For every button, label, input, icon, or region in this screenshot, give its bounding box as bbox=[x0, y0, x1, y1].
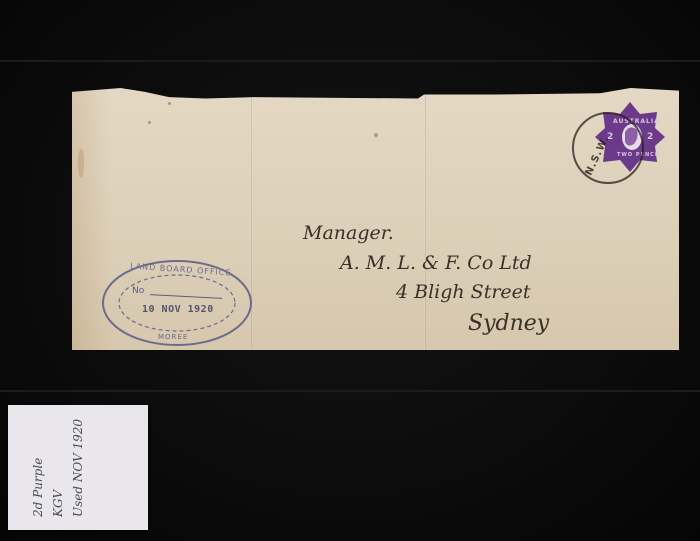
address-line-3: 4 Bligh Street bbox=[396, 281, 531, 303]
land-board-handstamp: LAND BOARD OFFICE No 10 NOV 1920 MOREE bbox=[100, 258, 254, 348]
foxing-spot bbox=[168, 102, 171, 105]
handstamp-town: MOREE bbox=[158, 333, 188, 341]
handwritten-note-card: 2d Purple KGV Used NOV 1920 bbox=[8, 405, 148, 530]
stamp-value-right: 2 bbox=[647, 132, 653, 142]
note-text: 2d Purple KGV Used NOV 1920 bbox=[28, 419, 88, 517]
mount-strip-top bbox=[0, 60, 700, 62]
note-line-1: 2d Purple bbox=[28, 419, 48, 517]
foxing-spot bbox=[374, 133, 378, 137]
mount-strip-bottom bbox=[0, 390, 700, 392]
handstamp-number-label: No bbox=[132, 286, 144, 296]
album-page: AUSTRALIA 2 2 TWO PENCE N.S.W. LAND BOAR… bbox=[0, 0, 700, 541]
foxing-spot bbox=[148, 121, 151, 124]
handstamp-date: 10 NOV 1920 bbox=[142, 304, 214, 315]
address-line-4: Sydney bbox=[468, 311, 549, 336]
foxing-stain bbox=[78, 148, 84, 178]
note-line-2: KGV bbox=[48, 419, 68, 517]
note-line-3: Used NOV 1920 bbox=[68, 419, 88, 517]
address-line-2: A. M. L. & F. Co Ltd bbox=[340, 252, 532, 274]
address-line-1: Manager. bbox=[303, 222, 394, 244]
postmark-ring bbox=[572, 112, 644, 184]
fold-crease bbox=[424, 88, 426, 350]
